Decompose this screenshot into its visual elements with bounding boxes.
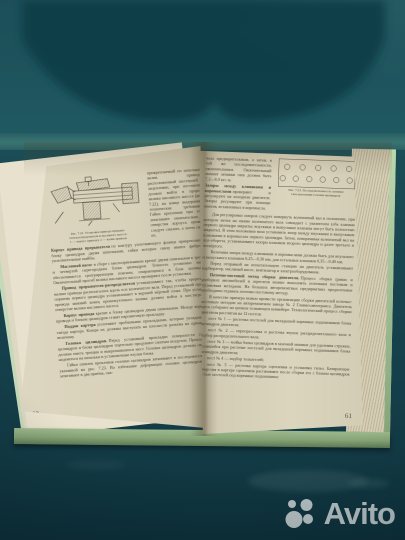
avito-logo-icon	[284, 497, 318, 531]
left-page-content: Рис. 7.22. Установка привода прерыва- те…	[46, 167, 208, 380]
left-page-paragraphs: Корпус привода прерывателяпо контуру упл…	[51, 238, 208, 380]
right-page: чала предварительным, а затем, в той же …	[196, 142, 368, 434]
gutter-shadow	[190, 142, 218, 436]
right-page-paragraphs: Для регулировки зазоров следует повернут…	[198, 212, 355, 382]
photo-open-book: Рис. 7.22. Установка привода прерыва- те…	[0, 0, 405, 540]
page-top-shade	[24, 142, 392, 176]
body-paragraph: Для регулировки зазоров следует повернут…	[203, 212, 355, 254]
page-number: 61	[345, 412, 352, 420]
avito-watermark: Avito	[284, 496, 395, 532]
engine-cross-section-figure	[46, 171, 145, 230]
engine-figure-block: Рис. 7.22. Установка привода прерыва- те…	[46, 171, 147, 246]
right-page-content: чала предварительным, а затем, в той же …	[198, 156, 357, 384]
open-book: Рис. 7.22. Установка привода прерыва- те…	[0, 0, 405, 540]
figure-caption: Рис. 7.23. Последовательность затяжки га…	[276, 188, 356, 199]
avito-wordmark: Avito	[324, 496, 395, 532]
left-page: Рис. 7.22. Установка привода прерыва- те…	[20, 146, 208, 434]
